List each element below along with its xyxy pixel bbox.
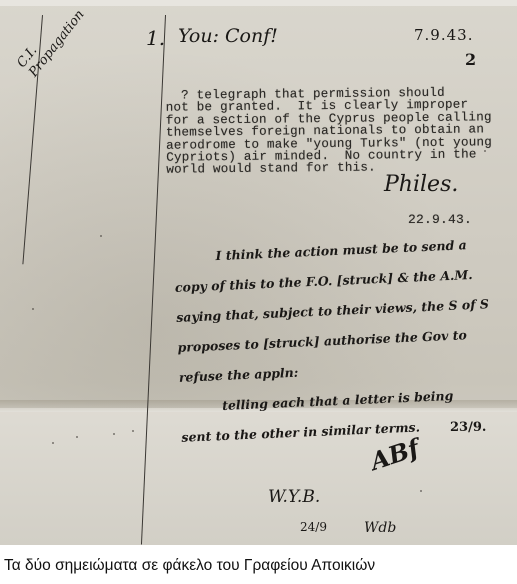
item-number: 1. [146,26,165,50]
paper-speck [132,430,134,432]
paper-speck [484,150,486,152]
typed-date: 22.9.43. [408,214,472,226]
paper-edge [0,0,517,6]
initials-fourth: Wdb [364,520,396,536]
page-number: 2 [465,50,476,69]
paper-speck [76,436,78,438]
signature-third: W.Y.B. [268,487,320,507]
header-date: 7.9.43. [414,26,473,44]
typed-minute: ? telegraph that permission shouldnot be… [166,86,493,176]
paper-speck [113,433,115,435]
handwritten-minute: I think the action must be to send a cop… [173,229,495,452]
archival-document-photo: C.I. Propagation 1. You: Conf! 7.9.43. 2… [0,0,517,545]
paper-speck [100,235,102,237]
signature-third-date: 24/9 [300,520,327,534]
signature-first: Philes. [384,172,458,197]
paper-speck [32,308,34,310]
paper-speck [52,442,54,444]
paper-speck [420,490,422,492]
signature-second-date: 23/9. [450,420,486,435]
figure-caption: Τα δύο σημειώματα σε φάκελο του Γραφείου… [4,557,375,575]
header-reference: You: Conf! [178,25,278,47]
margin-note: C.I. Propagation [14,0,87,80]
